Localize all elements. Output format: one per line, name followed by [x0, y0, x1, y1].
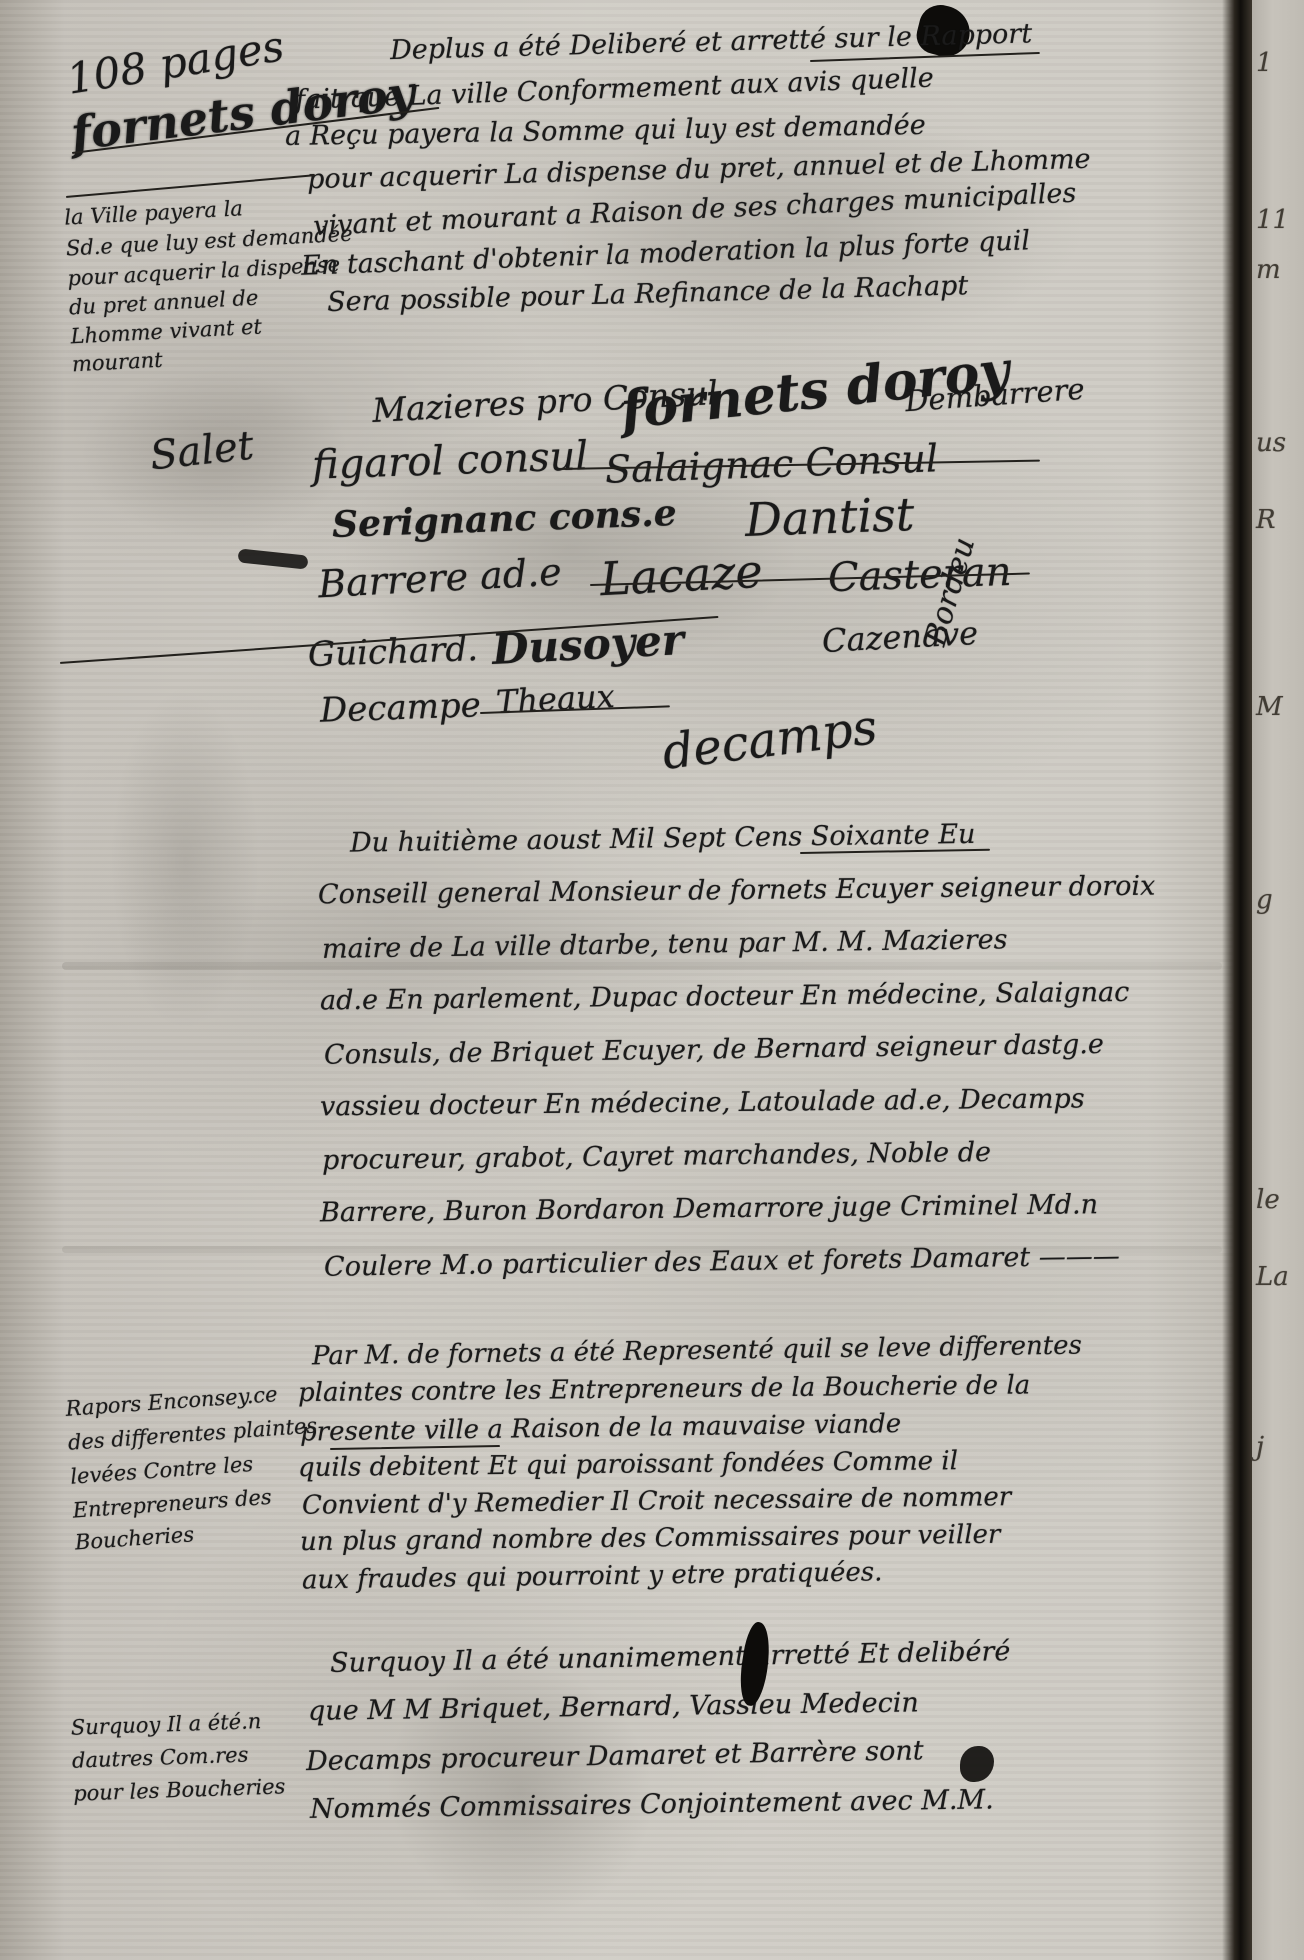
- text-line: aux fraudes qui pourroint y etre pratiqu…: [302, 1555, 1082, 1596]
- text-line: Coulere M.o particulier des Eaux et fore…: [324, 1240, 1156, 1283]
- edge-text-fragment: 1: [1256, 48, 1273, 78]
- signature-decampe: Decampe: [319, 685, 481, 731]
- text-line: pour les Boucheries: [73, 1774, 286, 1805]
- text-line: Decamps procureur Damaret et Barrère son…: [306, 1734, 1011, 1777]
- text-line: un plus grand nombre des Commissaires po…: [300, 1519, 1082, 1557]
- edge-text-fragment: 11: [1256, 205, 1289, 235]
- text-line: Consuls, de Briquet Ecuyer, de Bernard s…: [324, 1028, 1156, 1071]
- paper-stain: [110, 690, 260, 1030]
- text-line: ad.e En parlement, Dupac docteur En méde…: [320, 977, 1156, 1017]
- text-line: a Reçu payera la Somme qui luy est deman…: [285, 107, 1091, 152]
- text-line: Deplus a été Deliberé et arretté sur le …: [390, 17, 1091, 66]
- text-line: Surquoy Il a été unanimement arretté Et …: [330, 1636, 1011, 1679]
- edge-text-fragment: M: [1256, 692, 1283, 722]
- signature-lacaze: Lacaze: [599, 544, 764, 606]
- text-line: presente ville a Raison de la mauvaise v…: [300, 1407, 1082, 1448]
- text-line: vassieu docteur En médecine, Latoulade a…: [320, 1083, 1156, 1123]
- text-line: dautres Com.res: [72, 1741, 285, 1772]
- text-line: Conseill general Monsieur de fornets Ecu…: [318, 871, 1156, 911]
- margin-note-complaints: Rapors Enconsey.ce des differentes plain…: [65, 1379, 325, 1554]
- edge-text-fragment: La: [1256, 1262, 1289, 1292]
- signature-figarol: figarol consul: [311, 433, 589, 489]
- edge-text-fragment: j: [1256, 1432, 1264, 1462]
- text-line: Du huitième aoust Mil Sept Cens Soixante…: [350, 816, 1156, 858]
- manuscript-page: 108 pages fornets doroy Deplus a été Del…: [0, 0, 1304, 1960]
- text-line: que M M Briquet, Bernard, Vassieu Medeci…: [308, 1686, 1011, 1727]
- ink-smear: [237, 548, 308, 569]
- text-line: fait que La ville Conformement aux avis …: [295, 57, 1091, 116]
- paragraph-deliberation: Deplus a été Deliberé et arretté sur le …: [285, 26, 1091, 308]
- text-line: levées Contre les: [70, 1447, 321, 1488]
- text-line: procureur, grabot, Cayret marchandes, No…: [322, 1135, 1156, 1176]
- page-gutter-shadow: [1222, 0, 1252, 1960]
- edge-text-fragment: us: [1256, 428, 1286, 458]
- paragraph-complaints: Par M. de fornets a été Representé quil …: [296, 1336, 1082, 1590]
- text-line: Rapors Enconsey.ce: [65, 1379, 316, 1420]
- text-line: Nommés Commissaires Conjointement avec M…: [310, 1784, 1011, 1825]
- edge-text-fragment: g: [1256, 885, 1273, 915]
- text-line: des differentes plaintes: [67, 1413, 318, 1454]
- text-line: Surquoy Il a été.n: [70, 1708, 283, 1739]
- text-line: maire de La ville dtarbe, tenu par M. M.…: [322, 922, 1156, 965]
- text-line: quils debitent Et qui paroissant fondées…: [298, 1445, 1082, 1483]
- text-line: Barrere, Buron Bordaron Demarrore juge C…: [320, 1189, 1156, 1229]
- signature-dantist: Dantist: [744, 487, 915, 547]
- edge-text-fragment: le: [1256, 1185, 1280, 1215]
- edge-text-fragment: m: [1256, 255, 1281, 285]
- edge-text-fragment: R: [1256, 505, 1276, 535]
- text-line: Par M. de fornets a été Representé quil …: [312, 1331, 1082, 1372]
- paragraph-council: Du huitième aoust Mil Sept Cens Soixante…: [318, 822, 1155, 1277]
- signature-dusoyer: Dusoyer: [491, 615, 685, 674]
- facing-page-edge: [1252, 0, 1304, 1960]
- signature-theaux: Theaux: [495, 677, 615, 721]
- signature-salet: Salet: [148, 423, 256, 480]
- text-line: Convient d'y Remedier Il Croit necessair…: [302, 1481, 1082, 1521]
- text-line: plaintes contre les Entrepreneurs de la …: [298, 1370, 1082, 1408]
- margin-note-committees: Surquoy Il a été.n dautres Com.res pour …: [70, 1708, 285, 1805]
- signature-serignanc: Serignanc cons.e: [331, 492, 677, 546]
- paragraph-resolution: Surquoy Il a été unanimement arretté Et …: [302, 1642, 1010, 1820]
- signature-barrere: Barrere ad.e: [317, 550, 563, 607]
- signature-decamps: decamps: [659, 699, 880, 781]
- margin-note-payment: la Ville payera la Sd.e que luy est dema…: [64, 191, 359, 377]
